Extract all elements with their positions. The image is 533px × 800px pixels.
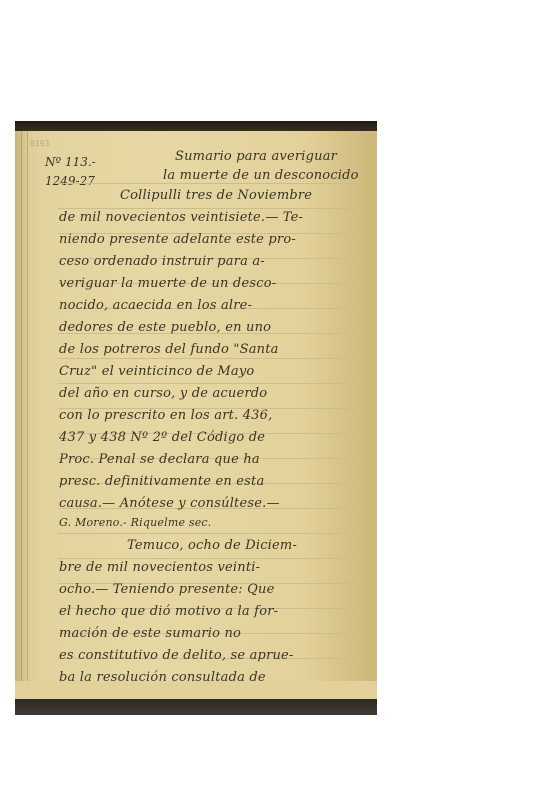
book-bottom-shadow [15, 699, 377, 715]
ruling-line [58, 383, 358, 384]
body-line: niendo presente adelante este pro- [59, 232, 296, 247]
body-line: Collipulli tres de Noviembre [120, 188, 312, 203]
body-line: nocido, acaecida en los alre- [59, 298, 252, 313]
body-line: presc. definitivamente en esta [59, 474, 264, 489]
ruling-line [58, 558, 358, 559]
body-line: dedores de este pueblo, en uno [59, 320, 271, 335]
ruling-line [58, 533, 358, 534]
body-line: de mil novecientos veintisiete.— Te- [59, 210, 303, 225]
body-line: ceso ordenado instruir para a- [59, 254, 265, 269]
body-line: 437 y 438 Nº 2º del Código de [59, 430, 265, 445]
document-photo: 0193 Nº 113.- 1249-27 Sumario para averi… [15, 121, 377, 715]
body-line: es constitutivo de delito, se aprue- [59, 648, 294, 663]
body-line: con lo prescrito en los art. 436, [59, 408, 272, 423]
folio-stamp: 0193 [30, 139, 49, 148]
case-reference: 1249-27 [45, 174, 95, 188]
ruling-line [58, 183, 358, 184]
body-line: del año en curso, y de acuerdo [59, 386, 267, 401]
body-line: Proc. Penal se declara que ha [59, 452, 260, 467]
page-stack-line [21, 131, 22, 701]
ruling-line [58, 358, 358, 359]
body-line: el hecho que dió motivo a la for- [59, 604, 278, 619]
body-line: causa.— Anótese y consúltese.— [59, 496, 280, 511]
body-line: bre de mil novecientos veinti- [59, 560, 260, 575]
page-lower-area [15, 681, 377, 701]
body-line: ocho.— Teniendo presente: Que [59, 582, 275, 597]
heading-line: la muerte de un desconocido [163, 168, 359, 183]
ledger-page: 0193 Nº 113.- 1249-27 Sumario para averi… [15, 131, 377, 701]
ruling-line [58, 208, 358, 209]
body-line: veriguar la muerte de un desco- [59, 276, 276, 291]
heading-line: Sumario para averiguar [175, 149, 337, 164]
body-line: de los potreros del fundo "Santa [59, 342, 279, 357]
case-number: Nº 113.- [45, 155, 96, 169]
body-line: Temuco, ocho de Diciem- [127, 538, 297, 553]
signature-line: G. Moreno.- Riquelme sec. [59, 516, 211, 529]
body-line: mación de este sumario no [59, 626, 241, 641]
body-line: Cruz" el veinticinco de Mayo [59, 364, 254, 379]
